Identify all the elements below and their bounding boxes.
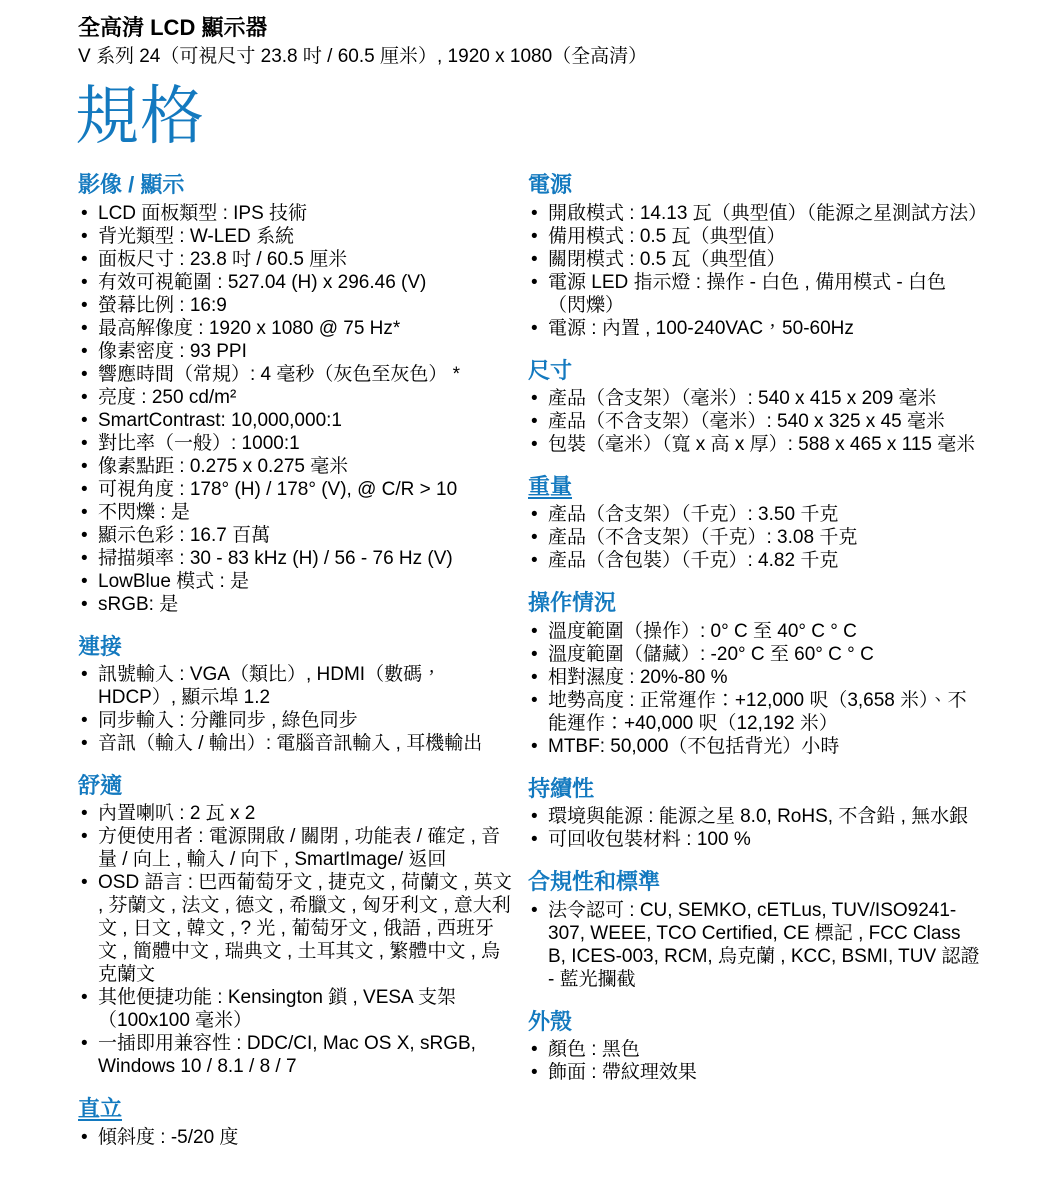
spec-item: 顯示色彩 : 16.7 百萬 — [78, 524, 512, 547]
spec-item: 地勢高度 : 正常運作：+12,000 呎（3,658 米）、不能運作：+40,… — [528, 689, 982, 735]
section-title: 合規性和標準 — [528, 869, 982, 895]
spec-item: 對比率（一般）: 1000:1 — [78, 432, 512, 455]
spec-item: 可回收包裝材料 : 100 % — [528, 828, 982, 851]
spec-list: 法令認可 : CU, SEMKO, cETLus, TUV/ISO9241-30… — [528, 899, 982, 991]
section-title: 外殼 — [528, 1009, 982, 1035]
section-title: 影像 / 顯示 — [78, 172, 512, 198]
spec-item: MTBF: 50,000（不包括背光）小時 — [528, 735, 982, 758]
specifications-heading: 規格 — [75, 84, 982, 148]
spec-list: 顏色 : 黑色飾面 : 帶紋理效果 — [528, 1038, 982, 1084]
spec-item: 開啟模式 : 14.13 瓦（典型值）（能源之星測試方法） — [528, 202, 982, 225]
spec-item: 產品（含支架）（千克）: 3.50 千克 — [528, 503, 982, 526]
spec-section: 重量產品（含支架）（千克）: 3.50 千克產品（不含支架）（千克）: 3.08… — [528, 474, 982, 572]
spec-item: sRGB: 是 — [78, 593, 512, 616]
spec-section: 外殼顏色 : 黑色飾面 : 帶紋理效果 — [528, 1009, 982, 1084]
spec-list: 溫度範圍（操作）: 0° C 至 40° C ° C溫度範圍（儲藏）: -20°… — [528, 620, 982, 758]
spec-list: 產品（含支架）（毫米）: 540 x 415 x 209 毫米產品（不含支架）（… — [528, 387, 982, 456]
spec-item: LCD 面板類型 : IPS 技術 — [78, 202, 512, 225]
spec-item: 響應時間（常規）: 4 毫秒（灰色至灰色） * — [78, 363, 512, 386]
spec-item: 顏色 : 黑色 — [528, 1038, 982, 1061]
spec-item: 產品（不含支架）（千克）: 3.08 千克 — [528, 526, 982, 549]
section-title: 尺寸 — [528, 358, 982, 384]
spec-item: 環境與能源 : 能源之星 8.0, RoHS, 不含鉛 , 無水銀 — [528, 805, 982, 828]
spec-item: 關閉模式 : 0.5 瓦（典型值） — [528, 248, 982, 271]
spec-item: 面板尺寸 : 23.8 吋 / 60.5 厘米 — [78, 248, 512, 271]
spec-item: 傾斜度 : -5/20 度 — [78, 1126, 512, 1149]
spec-item: 法令認可 : CU, SEMKO, cETLus, TUV/ISO9241-30… — [528, 899, 982, 991]
spec-item: 其他便捷功能 : Kensington 鎖 , VESA 支架（100x100 … — [78, 986, 512, 1032]
section-title: 持續性 — [528, 776, 982, 802]
spec-list: 內置喇叭 : 2 瓦 x 2方便使用者 : 電源開啟 / 關閉 , 功能表 / … — [78, 802, 512, 1078]
spec-columns: 影像 / 顯示LCD 面板類型 : IPS 技術背光類型 : W-LED 系統面… — [78, 172, 982, 1149]
spec-section: 電源開啟模式 : 14.13 瓦（典型值）（能源之星測試方法）備用模式 : 0.… — [528, 172, 982, 339]
spec-item: 像素點距 : 0.275 x 0.275 毫米 — [78, 455, 512, 478]
section-title: 操作情況 — [528, 590, 982, 616]
spec-item: 備用模式 : 0.5 瓦（典型值） — [528, 225, 982, 248]
spec-list: 產品（含支架）（千克）: 3.50 千克產品（不含支架）（千克）: 3.08 千… — [528, 503, 982, 572]
spec-item: 溫度範圍（操作）: 0° C 至 40° C ° C — [528, 620, 982, 643]
spec-item: 產品（含支架）（毫米）: 540 x 415 x 209 毫米 — [528, 387, 982, 410]
spec-item: 螢幕比例 : 16:9 — [78, 294, 512, 317]
section-title: 連接 — [78, 634, 512, 660]
spec-item: 產品（含包裝）（千克）: 4.82 千克 — [528, 549, 982, 572]
spec-item: SmartContrast: 10,000,000:1 — [78, 409, 512, 432]
spec-item: 最高解像度 : 1920 x 1080 @ 75 Hz* — [78, 317, 512, 340]
spec-item: 產品（不含支架）（毫米）: 540 x 325 x 45 毫米 — [528, 410, 982, 433]
spec-item: 相對濕度 : 20%-80 % — [528, 666, 982, 689]
spec-item: 方便使用者 : 電源開啟 / 關閉 , 功能表 / 確定 , 音量 / 向上 ,… — [78, 825, 512, 871]
spec-list: 訊號輸入 : VGA（類比）, HDMI（數碼，HDCP）, 顯示埠 1.2同步… — [78, 663, 512, 755]
section-title: 舒適 — [78, 773, 512, 799]
spec-item: 溫度範圍（儲藏）: -20° C 至 60° C ° C — [528, 643, 982, 666]
spec-section: 連接訊號輸入 : VGA（類比）, HDMI（數碼，HDCP）, 顯示埠 1.2… — [78, 634, 512, 755]
spec-item: 不閃爍 : 是 — [78, 501, 512, 524]
section-title: 直立 — [78, 1096, 512, 1122]
section-title: 電源 — [528, 172, 982, 198]
spec-section: 舒適內置喇叭 : 2 瓦 x 2方便使用者 : 電源開啟 / 關閉 , 功能表 … — [78, 773, 512, 1078]
spec-item: 一插即用兼容性 : DDC/CI, Mac OS X, sRGB, Window… — [78, 1032, 512, 1078]
spec-item: 有效可視範圍 : 527.04 (H) x 296.46 (V) — [78, 271, 512, 294]
spec-item: 飾面 : 帶紋理效果 — [528, 1061, 982, 1084]
product-title: 全高清 LCD 顯示器 — [78, 14, 982, 42]
product-subtitle: V 系列 24（可視尺寸 23.8 吋 / 60.5 厘米）, 1920 x 1… — [78, 45, 982, 69]
spec-item: 掃描頻率 : 30 - 83 kHz (H) / 56 - 76 Hz (V) — [78, 547, 512, 570]
spec-item: 同步輸入 : 分離同步 , 綠色同步 — [78, 709, 512, 732]
spec-item: 亮度 : 250 cd/m² — [78, 386, 512, 409]
spec-sheet-page: 全高清 LCD 顯示器 V 系列 24（可視尺寸 23.8 吋 / 60.5 厘… — [0, 0, 1040, 1200]
spec-item: 背光類型 : W-LED 系統 — [78, 225, 512, 248]
spec-item: LowBlue 模式 : 是 — [78, 570, 512, 593]
spec-section: 合規性和標準法令認可 : CU, SEMKO, cETLus, TUV/ISO9… — [528, 869, 982, 990]
spec-section: 影像 / 顯示LCD 面板類型 : IPS 技術背光類型 : W-LED 系統面… — [78, 172, 512, 615]
spec-item: 訊號輸入 : VGA（類比）, HDMI（數碼，HDCP）, 顯示埠 1.2 — [78, 663, 512, 709]
spec-list: 環境與能源 : 能源之星 8.0, RoHS, 不含鉛 , 無水銀可回收包裝材料… — [528, 805, 982, 851]
spec-section: 直立傾斜度 : -5/20 度 — [78, 1096, 512, 1148]
spec-item: 包裝（毫米）（寬 x 高 x 厚）: 588 x 465 x 115 毫米 — [528, 433, 982, 456]
column-right: 電源開啟模式 : 14.13 瓦（典型值）（能源之星測試方法）備用模式 : 0.… — [528, 172, 982, 1149]
section-title: 重量 — [528, 474, 982, 500]
spec-section: 持續性環境與能源 : 能源之星 8.0, RoHS, 不含鉛 , 無水銀可回收包… — [528, 776, 982, 851]
spec-item: 像素密度 : 93 PPI — [78, 340, 512, 363]
spec-item: 電源 LED 指示燈 : 操作 - 白色 , 備用模式 - 白色（閃爍） — [528, 271, 982, 317]
spec-section: 尺寸產品（含支架）（毫米）: 540 x 415 x 209 毫米產品（不含支架… — [528, 358, 982, 456]
spec-list: 傾斜度 : -5/20 度 — [78, 1126, 512, 1149]
page-header: 全高清 LCD 顯示器 V 系列 24（可視尺寸 23.8 吋 / 60.5 厘… — [78, 14, 982, 148]
spec-item: 可視角度 : 178° (H) / 178° (V), @ C/R > 10 — [78, 478, 512, 501]
spec-list: 開啟模式 : 14.13 瓦（典型值）（能源之星測試方法）備用模式 : 0.5 … — [528, 202, 982, 340]
column-left: 影像 / 顯示LCD 面板類型 : IPS 技術背光類型 : W-LED 系統面… — [78, 172, 512, 1149]
spec-item: 內置喇叭 : 2 瓦 x 2 — [78, 802, 512, 825]
spec-item: 音訊（輸入 / 輸出）: 電腦音訊輸入 , 耳機輸出 — [78, 732, 512, 755]
spec-item: OSD 語言 : 巴西葡萄牙文 , 捷克文 , 荷蘭文 , 英文 , 芬蘭文 ,… — [78, 871, 512, 986]
spec-item: 電源 : 內置 , 100-240VAC，50-60Hz — [528, 317, 982, 340]
spec-list: LCD 面板類型 : IPS 技術背光類型 : W-LED 系統面板尺寸 : 2… — [78, 202, 512, 616]
spec-section: 操作情況溫度範圍（操作）: 0° C 至 40° C ° C溫度範圍（儲藏）: … — [528, 590, 982, 757]
